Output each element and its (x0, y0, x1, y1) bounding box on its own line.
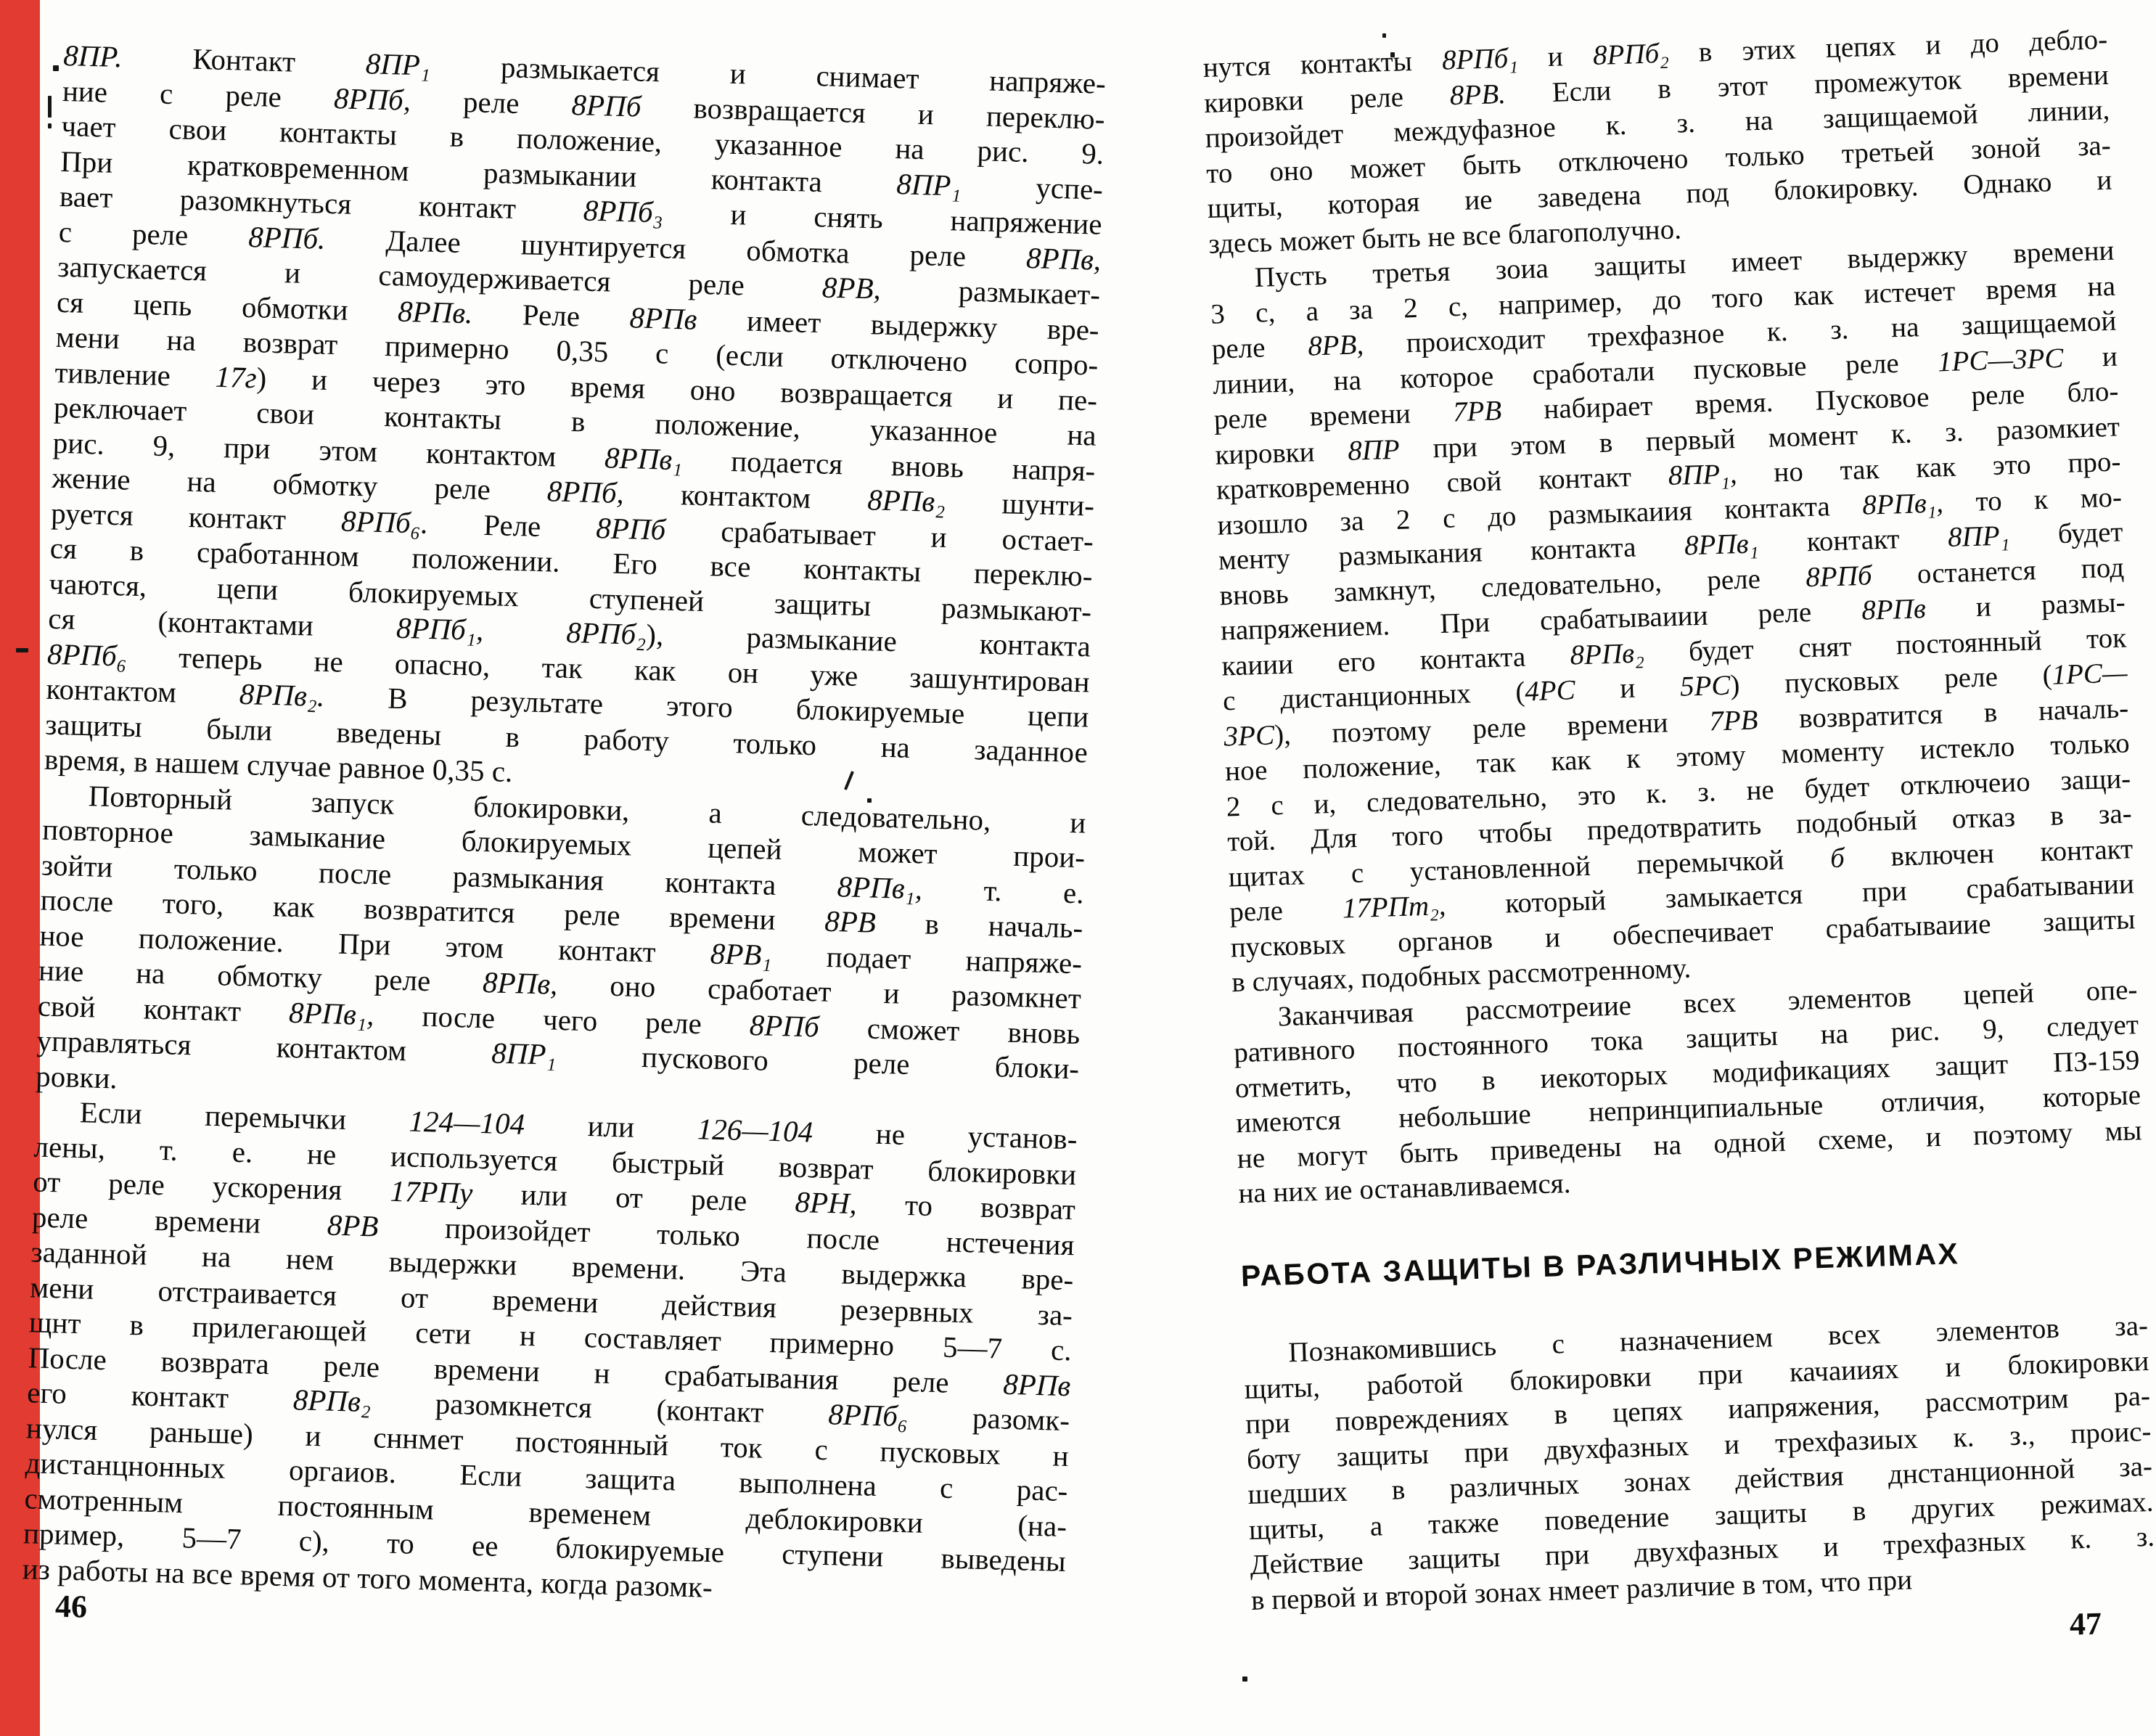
scan-speck (48, 96, 52, 118)
page-right-text-bottom: Познакомившись с назначением всех элемен… (1243, 1309, 2156, 1618)
page-left-text: 8ПР. Контакт 8ПР₁ размыкается и снимает … (22, 38, 1106, 1614)
scan-speck (48, 123, 52, 128)
paragraph: Пусть третья зоиа защиты имеет выдержку … (1209, 234, 2136, 1001)
paragraph: 8ПР. Контакт 8ПР₁ размыкается и снимает … (44, 38, 1106, 805)
paragraph: Если перемычки 124—104 или 126—104 не ус… (22, 1093, 1078, 1614)
scan-speck (1382, 33, 1386, 38)
paragraph: Познакомившись с назначением всех элемен… (1243, 1309, 2156, 1618)
paragraph: Заканчивая рассмотреиие всех элементов ц… (1232, 973, 2144, 1212)
page-right: нутся контакты 8РПб₁ и 8РПб₂ в этих цепя… (1202, 22, 2156, 1618)
scan-speck (1242, 1676, 1247, 1682)
book-scan-page: 8ПР. Контакт 8ПР₁ размыкается и снимает … (0, 0, 2156, 1736)
scan-speck (867, 798, 872, 803)
paragraph: Повторный запуск блокировки, а следовате… (36, 777, 1086, 1121)
page-number-right: 47 (2069, 1605, 2102, 1643)
scan-speck (53, 65, 59, 71)
page-number-left: 46 (54, 1588, 87, 1626)
section-heading: РАБОТА ЗАЩИТЫ В РАЗЛИЧНЫХ РЕЖИМАХ (1240, 1230, 2146, 1294)
page-right-text-top: нутся контакты 8РПб₁ и 8РПб₂ в этих цепя… (1202, 22, 2144, 1212)
page-left: 8ПР. Контакт 8ПР₁ размыкается и снимает … (22, 38, 1106, 1614)
paragraph: нутся контакты 8РПб₁ и 8РПб₂ в этих цепя… (1202, 22, 2114, 262)
scan-speck (16, 648, 28, 652)
scan-speck (1390, 52, 1395, 57)
